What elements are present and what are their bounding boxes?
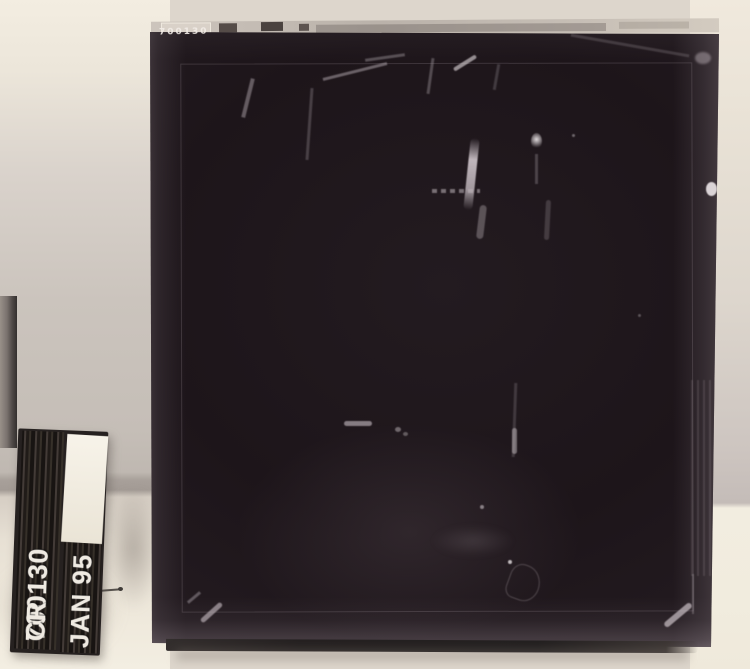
top-edge-dark-mark	[261, 22, 283, 31]
scratch-cluster	[691, 380, 711, 576]
object-inscription: 700130	[159, 26, 219, 39]
scratch-dot	[403, 432, 408, 436]
scratch-mark	[344, 421, 372, 426]
photograph: 700130 700130 CR JAN 95	[0, 0, 750, 669]
metal-block-edge	[0, 296, 17, 448]
label-strip-number: 700130 CR	[14, 431, 64, 650]
scratch-dot	[508, 560, 512, 564]
object-front-face	[140, 14, 725, 662]
label-initials-text: CR	[20, 601, 53, 642]
label-scale-block: 700130 CR JAN 95	[6, 428, 111, 660]
scratch-mark	[692, 574, 694, 614]
scratch-dot	[531, 133, 542, 149]
scratch-dot	[480, 505, 484, 509]
framed-plate-object: 700130	[140, 14, 725, 662]
scratch-cluster	[695, 52, 711, 64]
scuff-smudge	[418, 520, 528, 562]
scratch-mark	[512, 428, 517, 454]
label-date-text: JAN 95	[64, 553, 99, 648]
scratch-dot	[638, 314, 641, 317]
label-blank-white-tag	[61, 434, 108, 544]
top-edge-dark-mark	[219, 23, 237, 32]
scratch-dot	[572, 134, 575, 137]
top-edge-dark-mark	[299, 24, 309, 31]
top-edge-smudge	[619, 21, 689, 28]
table-speck-dot	[118, 587, 123, 591]
object-cast-shadow-soft	[176, 650, 688, 660]
scratch-mark	[365, 53, 405, 62]
top-edge-smudge	[316, 23, 606, 33]
scratch-dot	[395, 427, 401, 432]
scratch-mark	[571, 34, 690, 58]
scratch-mark	[432, 189, 480, 193]
scratch-mark	[535, 154, 538, 184]
scratch-nick	[706, 182, 717, 196]
